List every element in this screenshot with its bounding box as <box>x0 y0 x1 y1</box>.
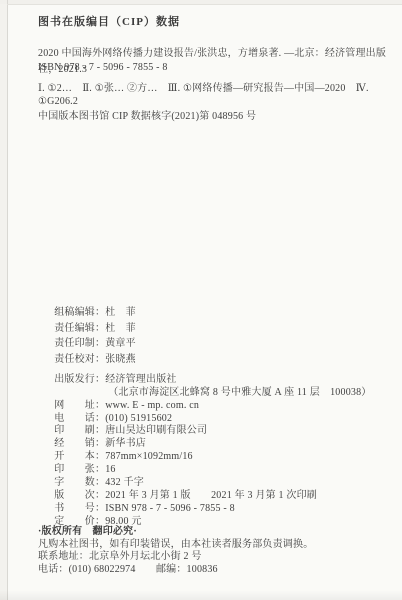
page-edge-vertical-line <box>7 0 8 600</box>
pub-value: 唐山昊达印刷有限公司 <box>105 425 207 436</box>
pub-label: 印 刷： <box>54 425 105 438</box>
pub-label: 开 本： <box>54 451 105 464</box>
cip-header: 图书在版编目（CIP）数据 <box>38 16 180 29</box>
editor-label: 责任编辑： <box>54 321 105 336</box>
pub-label: 印 张： <box>54 464 105 477</box>
exchange-policy: 凡购本社图书，如有印装错误，由本社读者服务部负责调换。 <box>38 539 313 552</box>
cip-classification: Ⅰ. ①2… Ⅱ. ①张… ②方… Ⅲ. ①网络传播—研究报告—中国—2020 … <box>38 82 398 108</box>
scan-bottom-shadow <box>0 590 402 600</box>
rights-statement: ·版权所有 翻印必究· <box>38 526 313 539</box>
pub-value: ISBN 978 - 7 - 5096 - 7855 - 8 <box>105 503 235 514</box>
editor-name: 杜 菲 <box>105 323 136 334</box>
pub-value: 432 千字 <box>105 477 144 488</box>
pub-label: 字 数： <box>54 477 105 490</box>
scan-left-margin <box>0 0 7 600</box>
contact-phone-postcode: 电话：(010) 68022974 邮编：100836 <box>38 564 313 577</box>
pub-value: 新华书店 <box>105 438 146 449</box>
pub-label: 版 次： <box>54 490 105 503</box>
pub-label: 电 话： <box>54 413 105 426</box>
pub-label: 出版发行： <box>54 374 105 387</box>
colophon-page: 图书在版编目（CIP）数据 2020 中国海外网络传播力建设报告/张洪忠，方增泉… <box>0 0 402 600</box>
cip-isbn: ISBN 978 - 7 - 5096 - 7855 - 8 <box>38 61 168 74</box>
publication-info-block: 出版发行：经济管理出版社 （北京市海淀区北蜂窝 8 号中雅大厦 A 座 11 层… <box>38 361 372 516</box>
editor-name: 黄章平 <box>105 338 136 349</box>
editors-block: 组稿编辑：杜 菲 责任编辑：杜 菲 责任印制：黄章平 责任校对：张晓燕 <box>38 290 136 352</box>
pub-label: 书 号： <box>54 503 105 516</box>
cip-record-number: 中国版本图书馆 CIP 数据核字(2021)第 048956 号 <box>38 110 256 123</box>
pub-value: （北京市海淀区北蜂窝 8 号中雅大厦 A 座 11 层 100038） <box>108 387 371 398</box>
editor-row-acquisitions: 组稿编辑：杜 菲 <box>38 290 136 305</box>
copyright-notice-block: ·版权所有 翻印必究· 凡购本社图书，如有印装错误，由本社读者服务部负责调换。 … <box>38 526 313 576</box>
editor-name: 杜 菲 <box>105 307 136 318</box>
pub-label: 网 址： <box>54 400 105 413</box>
pub-value: 经济管理出版社 <box>105 374 176 385</box>
pub-value: 2021 年 3 月第 1 版 2021 年 3 月第 1 次印刷 <box>105 490 317 501</box>
pub-value: 16 <box>105 464 115 475</box>
contact-address: 联系地址：北京阜外月坛北小街 2 号 <box>38 551 313 564</box>
pub-row-publisher: 出版发行：经济管理出版社 <box>38 361 372 374</box>
pub-value: www. E - mp. com. cn <box>105 400 199 411</box>
pub-label: 经 销： <box>54 438 105 451</box>
pub-value: (010) 51915602 <box>105 413 172 424</box>
pub-value: 787mm×1092mm/16 <box>105 451 193 462</box>
editor-label: 组稿编辑： <box>54 305 105 320</box>
editor-label: 责任印制： <box>54 336 105 351</box>
page-edge-horizontal-line <box>7 4 402 5</box>
